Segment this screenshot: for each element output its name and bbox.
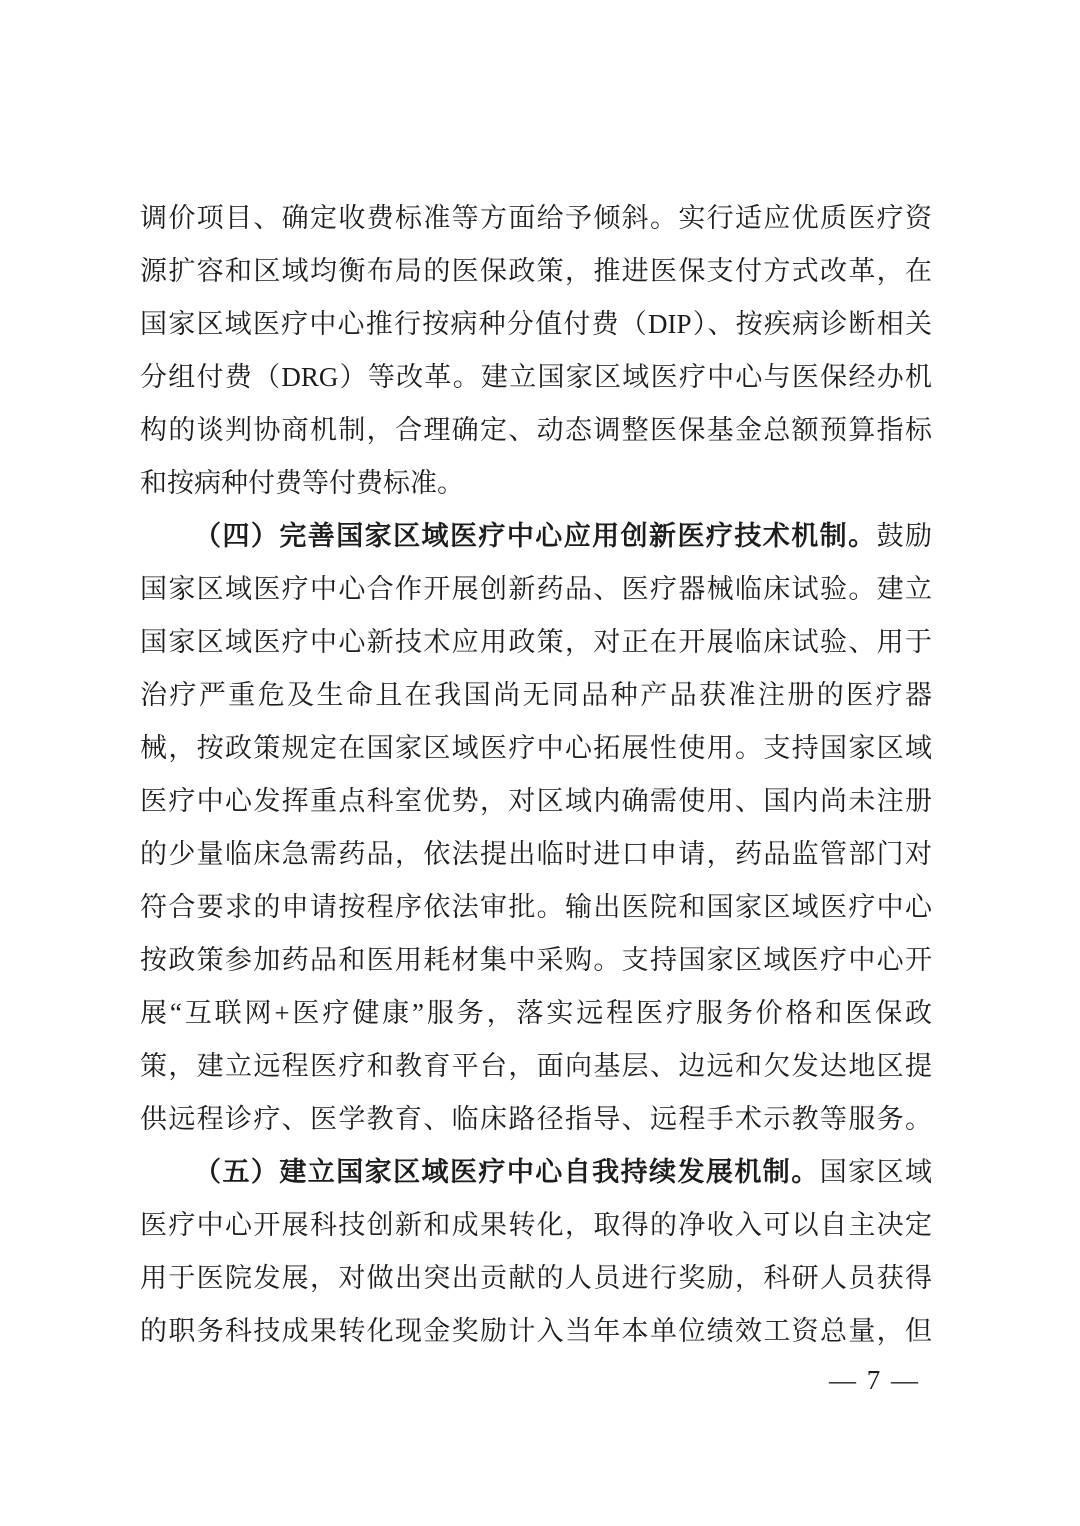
document-line: 的职务科技成果转化现金奖励计入当年本单位绩效工资总量，但	[140, 1305, 932, 1358]
document-line: 构的谈判协商机制，合理确定、动态调整医保基金总额预算指标	[140, 404, 932, 457]
body-text: 分组付费（DRG）等改革。建立国家区域医疗中心与医保经办机	[140, 362, 932, 392]
document-line: 国家区域医疗中心推行按病种分值付费（DIP）、按疾病诊断相关	[140, 298, 932, 351]
body-text: 国家区域医疗中心新技术应用政策，对正在开展临床试验、用于	[140, 627, 932, 657]
section-heading-text: （四）完善国家区域医疗中心应用创新医疗技术机制。	[194, 521, 877, 551]
body-text: 符合要求的申请按程序依法审批。输出医院和国家区域医疗中心	[140, 892, 932, 922]
document-line: 供远程诊疗、医学教育、临床路径指导、远程手术示教等服务。	[140, 1093, 932, 1146]
body-text: 国家区域	[820, 1157, 932, 1187]
document-line: 策，建立远程医疗和教育平台，面向基层、边远和欠发达地区提	[140, 1040, 932, 1093]
document-line: 治疗严重危及生命且在我国尚无同品种产品获准注册的医疗器	[140, 669, 932, 722]
document-line: 源扩容和区域均衡布局的医保政策，推进医保支付方式改革，在	[140, 245, 932, 298]
body-text: 源扩容和区域均衡布局的医保政策，推进医保支付方式改革，在	[140, 256, 932, 286]
document-line: 调价项目、确定收费标准等方面给予倾斜。实行适应优质医疗资	[140, 192, 932, 245]
document-line: 国家区域医疗中心新技术应用政策，对正在开展临床试验、用于	[140, 616, 932, 669]
body-text: 医疗中心发挥重点科室优势，对区域内确需使用、国内尚未注册	[140, 786, 932, 816]
document-line: （五）建立国家区域医疗中心自我持续发展机制。国家区域	[140, 1146, 932, 1199]
document-line: 医疗中心开展科技创新和成果转化，取得的净收入可以自主决定	[140, 1199, 932, 1252]
body-text: 策，建立远程医疗和教育平台，面向基层、边远和欠发达地区提	[140, 1051, 932, 1081]
body-text: 用于医院发展，对做出突出贡献的人员进行奖励，科研人员获得	[140, 1263, 932, 1293]
page-number: — 7 —	[829, 1360, 920, 1400]
body-text: 械，按政策规定在国家区域医疗中心拓展性使用。支持国家区域	[140, 733, 932, 763]
section-heading-text: （五）建立国家区域医疗中心自我持续发展机制。	[194, 1157, 820, 1187]
body-text: 鼓励	[877, 521, 932, 551]
body-text: 按政策参加药品和医用耗材集中采购。支持国家区域医疗中心开	[140, 945, 932, 975]
document-line: 国家区域医疗中心合作开展创新药品、医疗器械临床试验。建立	[140, 563, 932, 616]
document-line: 符合要求的申请按程序依法审批。输出医院和国家区域医疗中心	[140, 881, 932, 934]
body-text: 展“互联网+医疗健康”服务，落实远程医疗服务价格和医保政	[140, 998, 932, 1028]
body-text: 调价项目、确定收费标准等方面给予倾斜。实行适应优质医疗资	[140, 203, 932, 233]
document-line: 医疗中心发挥重点科室优势，对区域内确需使用、国内尚未注册	[140, 775, 932, 828]
body-text: 国家区域医疗中心推行按病种分值付费（DIP）、按疾病诊断相关	[140, 309, 932, 339]
body-text: 的职务科技成果转化现金奖励计入当年本单位绩效工资总量，但	[140, 1316, 932, 1346]
document-line: 和按病种付费等付费标准。	[140, 457, 932, 510]
body-text: 和按病种付费等付费标准。	[140, 468, 464, 498]
body-text: 的少量临床急需药品，依法提出临时进口申请，药品监管部门对	[140, 839, 932, 869]
document-line: 用于医院发展，对做出突出贡献的人员进行奖励，科研人员获得	[140, 1252, 932, 1305]
document-body: 调价项目、确定收费标准等方面给予倾斜。实行适应优质医疗资源扩容和区域均衡布局的医…	[140, 192, 932, 1358]
document-line: 械，按政策规定在国家区域医疗中心拓展性使用。支持国家区域	[140, 722, 932, 775]
document-page: 调价项目、确定收费标准等方面给予倾斜。实行适应优质医疗资源扩容和区域均衡布局的医…	[0, 0, 1080, 1526]
document-line: 展“互联网+医疗健康”服务，落实远程医疗服务价格和医保政	[140, 987, 932, 1040]
body-text: 治疗严重危及生命且在我国尚无同品种产品获准注册的医疗器	[140, 680, 932, 710]
body-text: 国家区域医疗中心合作开展创新药品、医疗器械临床试验。建立	[140, 574, 932, 604]
document-line: （四）完善国家区域医疗中心应用创新医疗技术机制。鼓励	[140, 510, 932, 563]
body-text: 构的谈判协商机制，合理确定、动态调整医保基金总额预算指标	[140, 415, 932, 445]
body-text: 供远程诊疗、医学教育、临床路径指导、远程手术示教等服务。	[140, 1104, 932, 1134]
document-line: 的少量临床急需药品，依法提出临时进口申请，药品监管部门对	[140, 828, 932, 881]
document-line: 按政策参加药品和医用耗材集中采购。支持国家区域医疗中心开	[140, 934, 932, 987]
document-line: 分组付费（DRG）等改革。建立国家区域医疗中心与医保经办机	[140, 351, 932, 404]
body-text: 医疗中心开展科技创新和成果转化，取得的净收入可以自主决定	[140, 1210, 932, 1240]
